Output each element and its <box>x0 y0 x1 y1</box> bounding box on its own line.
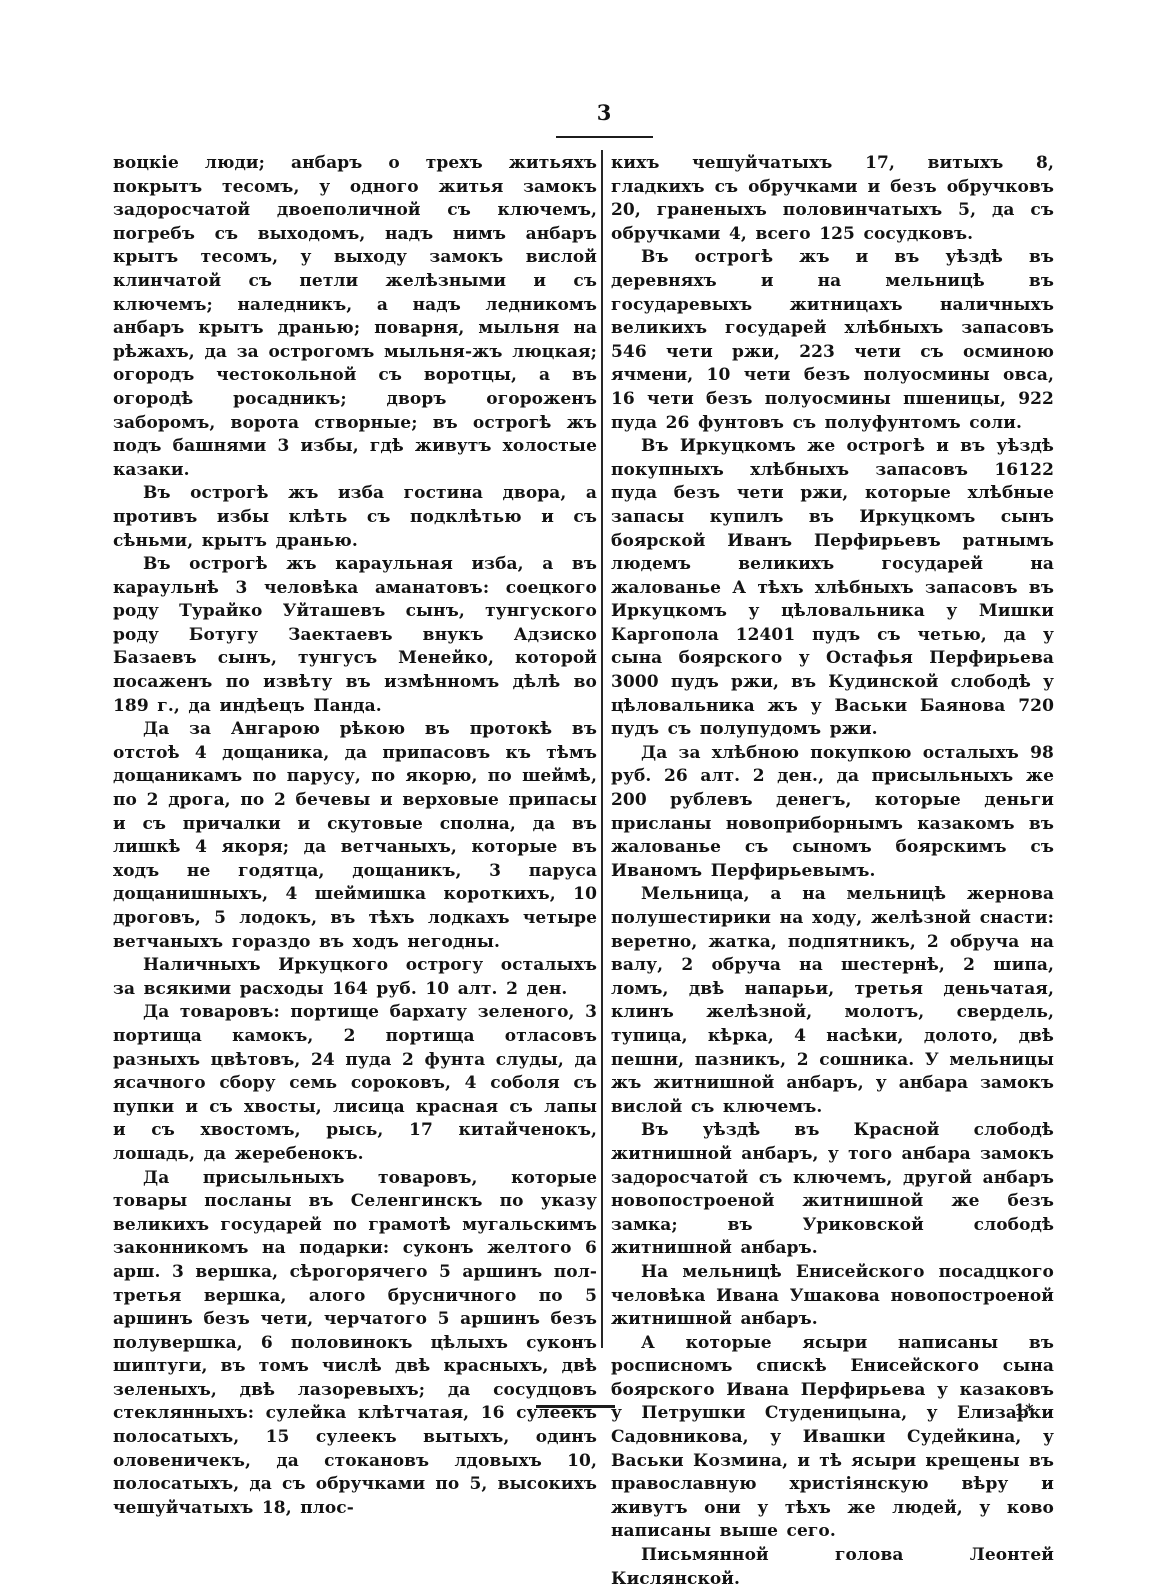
paragraph: На мельницѣ Енисейского посадцкого челов… <box>611 1261 1054 1332</box>
paragraph: Въ острогѣ жъ караульная изба, а въ кара… <box>113 553 597 718</box>
text-column-left: воцкіе люди; анбаръ о трехъ житьяхъ покр… <box>113 152 597 1520</box>
paragraph: А которые ясыри написаны въ росписномъ с… <box>611 1332 1054 1544</box>
paragraph: Да присыльныхъ товаровъ, которые товары … <box>113 1167 597 1521</box>
text-column-right: кихъ чешуйчатыхъ 17, витыхъ 8, гладкихъ … <box>611 152 1054 1588</box>
signature-mark: 1* <box>1014 1400 1034 1419</box>
footer-rule <box>536 1405 615 1408</box>
paragraph: Наличныхъ Иркуцкого острогу осталыхъ за … <box>113 954 597 1001</box>
header-rule <box>556 136 653 138</box>
paragraph: Мельница, а на мельницѣ жернова полушест… <box>611 883 1054 1119</box>
paragraph: Да за Ангарою рѣкою въ протокѣ въ отстоѣ… <box>113 718 597 954</box>
paragraph: Да товаровъ: портище бархату зеленого, 3… <box>113 1001 597 1166</box>
paragraph: Въ уѣздѣ въ Красной слободѣ житнишной ан… <box>611 1119 1054 1261</box>
page-number: 3 <box>556 100 652 125</box>
column-divider <box>601 150 603 1348</box>
paragraph: Въ Иркуцкомъ же острогѣ и въ уѣздѣ покуп… <box>611 435 1054 742</box>
paragraph: Да за хлѣбною покупкою осталыхъ 98 руб. … <box>611 742 1054 884</box>
paragraph: Въ острогѣ жъ изба гостина двора, а прот… <box>113 482 597 553</box>
paragraph: кихъ чешуйчатыхъ 17, витыхъ 8, гладкихъ … <box>611 152 1054 246</box>
paragraph: Письмянной голова Леонтей Кислянской. <box>611 1544 1054 1588</box>
paragraph: Въ острогѣ жъ и въ уѣздѣ въ деревняхъ и … <box>611 246 1054 435</box>
paragraph: воцкіе люди; анбаръ о трехъ житьяхъ покр… <box>113 152 597 482</box>
